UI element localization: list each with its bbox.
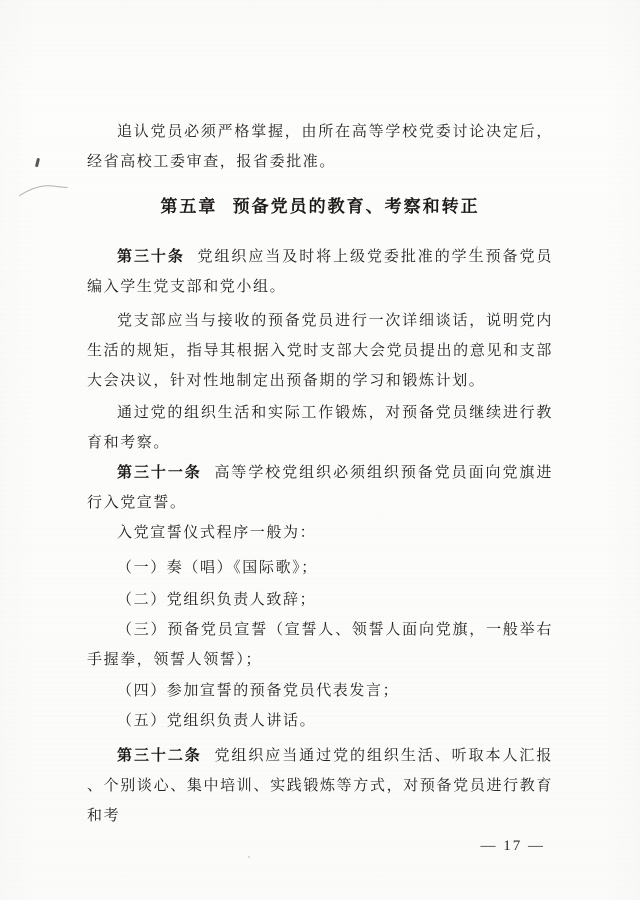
oath-step-4: （四）参加宣誓的预备党员代表发言； xyxy=(87,676,553,706)
article-30-paragraph: 第三十条党组织应当及时将上级党委批准的学生预备党员编入学生党支部和党小组。 xyxy=(87,242,553,302)
scanned-document-page: 追认党员必须严格掌握，由所在高等学校党委讨论决定后，经省高校工委审查，报省委批准… xyxy=(0,0,640,900)
scan-scratch-line xyxy=(17,180,69,198)
oath-step-1: （一）奏（唱）《国际歌》； xyxy=(87,553,553,583)
article-30-paragraph-2: 党支部应当与接收的预备党员进行一次详细谈话，说明党内生活的规矩，指导其根据入党时… xyxy=(87,306,553,396)
chapter-title: 预备党员的教育、考察和转正 xyxy=(233,197,480,216)
article-31-number: 第三十一条 xyxy=(117,464,202,481)
page-number: — 17 — xyxy=(87,831,553,861)
oath-step-5: （五）党组织负责人讲话。 xyxy=(87,706,553,736)
chapter-heading: 第五章预备党员的教育、考察和转正 xyxy=(87,192,553,222)
document-body: 追认党员必须严格掌握，由所在高等学校党委讨论决定后，经省高校工委审查，报省委批准… xyxy=(87,0,553,861)
oath-step-3: （三）预备党员宣誓（宣誓人、领誓人面向党旗，一般举右手握拳，领誓人领誓）； xyxy=(87,615,553,675)
oath-step-2: （二）党组织负责人致辞； xyxy=(87,585,553,615)
article-30-paragraph-3: 通过党的组织生活和实际工作锻炼，对预备党员继续进行教育和考察。 xyxy=(87,398,553,458)
scan-tick-mark xyxy=(35,158,40,167)
intro-paragraph: 追认党员必须严格掌握，由所在高等学校党委讨论决定后，经省高校工委审查，报省委批准… xyxy=(87,117,553,177)
article-30-number: 第三十条 xyxy=(117,248,185,265)
chapter-label: 第五章 xyxy=(160,197,217,216)
article-31-paragraph: 第三十一条高等学校党组织必须组织预备党员面向党旗进行入党宣誓。 xyxy=(87,458,553,518)
article-32-number: 第三十二条 xyxy=(117,747,202,764)
article-31-paragraph-2: 入党宣誓仪式程序一般为： xyxy=(87,518,553,548)
article-32-paragraph: 第三十二条党组织应当通过党的组织生活、听取本人汇报、个别谈心、集中培训、实践锻炼… xyxy=(87,741,553,831)
